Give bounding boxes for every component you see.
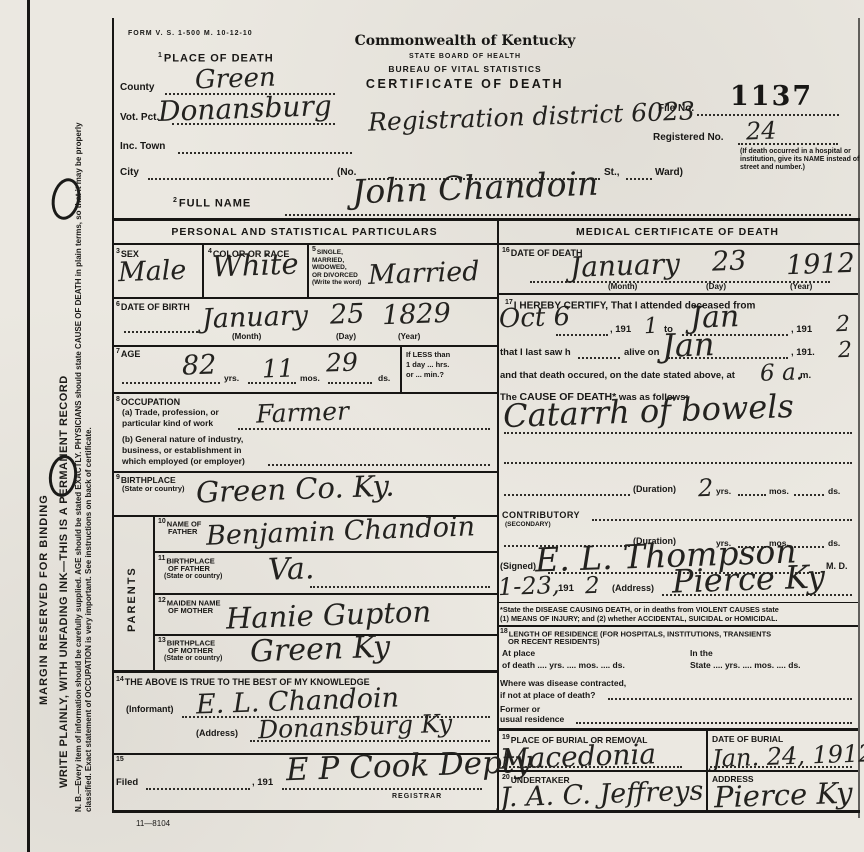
item-number: 16 xyxy=(502,247,510,254)
cause-blank-line xyxy=(504,462,852,464)
registered-no-value: 24 xyxy=(746,116,778,145)
dob-label: DATE OF BIRTH xyxy=(121,302,190,312)
physician-address-label: (Address) xyxy=(612,583,654,593)
hospital-note: (If death occurred in a hospital or inst… xyxy=(740,148,860,172)
filed-year-prefix: , 191 xyxy=(252,777,273,788)
item-number: 18 xyxy=(500,628,508,635)
yrs-label: yrs. xyxy=(224,373,239,383)
ds-label: ds. xyxy=(828,538,840,548)
age-months-value: 11 xyxy=(262,353,295,383)
cell-divider xyxy=(202,245,204,297)
in-state-blanks: State .... yrs. .... mos. .... ds. xyxy=(690,660,801,670)
occupation-b-line1: (b) General nature of industry, xyxy=(122,434,243,444)
birthplace-sublabel: (State or country) xyxy=(122,484,185,493)
item-number: 2 xyxy=(173,197,178,204)
row-rule-heavy xyxy=(112,670,497,673)
city-ward-label: Ward) xyxy=(655,167,683,178)
item-number: 6 xyxy=(116,301,120,308)
binding-rule-line xyxy=(27,0,30,852)
mother-birthplace-value: Green Ky xyxy=(249,630,390,670)
margin-binding-note: MARGIN RESERVED FOR BINDING xyxy=(38,494,50,705)
registered-no-label: Registered No. xyxy=(653,132,724,143)
age-heading: 7AGE xyxy=(116,348,140,359)
mother-birthplace-sublabel: (State or country) xyxy=(164,655,222,662)
father-birthplace-value: Va. xyxy=(267,551,315,588)
year-prefix: , 191 xyxy=(791,324,812,335)
residence-rule xyxy=(497,625,858,627)
cell-divider xyxy=(307,245,309,297)
undertaker-rule xyxy=(497,770,858,772)
burial-date-blank xyxy=(710,766,852,768)
contributory-label: CONTRIBUTORY xyxy=(502,510,580,520)
marital-label-line: SINGLE, xyxy=(317,249,343,256)
margin-write-plainly-note: WRITE PLAINLY, WITH UNFADING INK—THIS IS… xyxy=(58,375,70,788)
duration2-blank-line xyxy=(794,546,824,548)
cause-blank-line xyxy=(504,432,852,434)
where-contracted-line1: Where was disease contracted, xyxy=(500,678,626,688)
occupation-b-line3: which employed (or employer) xyxy=(122,456,245,466)
cause-footnote-line2: (1) MEANS OF INJURY; and (2) whether ACC… xyxy=(500,614,778,623)
last-saw-blank xyxy=(578,357,620,359)
sex-value: Male xyxy=(117,255,186,288)
md-label: M. D. xyxy=(826,561,848,571)
mother-maiden-label2: OF MOTHER xyxy=(168,606,213,615)
signed-label: (Signed) xyxy=(500,561,536,571)
form-left-border xyxy=(112,18,114,812)
age-label: AGE xyxy=(121,349,141,359)
city-st-label: St., xyxy=(604,167,620,178)
yrs-label: yrs. xyxy=(716,486,731,496)
birthplace-value: Green Co. Ky. xyxy=(195,469,394,510)
county-label: County xyxy=(120,82,154,93)
undertaker-value: J. A. C. Jeffreys xyxy=(500,775,704,813)
marital-heading: 5SINGLE, MARRIED, WIDOWED, OR DIVORCED (… xyxy=(312,246,361,287)
precinct-value: Donansburg xyxy=(157,89,332,128)
occupation-a-line2: particular kind of work xyxy=(122,418,213,428)
row-rule xyxy=(112,345,497,347)
occupation-label: OCCUPATION xyxy=(121,397,180,407)
former-residence-blank xyxy=(576,722,852,724)
file-no-value: 1137 xyxy=(730,81,813,112)
father-name-value: Benjamin Chandoin xyxy=(206,511,476,551)
at-place-blanks: of death .... yrs. .... mos. .... ds. xyxy=(502,660,625,670)
day-sublabel: (Day) xyxy=(706,282,726,291)
registrar-signature-value: E P Cook Depty xyxy=(285,744,532,789)
age-blank-line xyxy=(328,382,372,384)
father-birthplace-blank-line xyxy=(310,586,490,588)
marital-label-line: MARRIED, xyxy=(312,257,344,264)
year-sublabel: (Year) xyxy=(790,282,812,291)
bureau-subtitle: BUREAU OF VITAL STATISTICS xyxy=(340,64,590,74)
personal-section-title: PERSONAL AND STATISTICAL PARTICULARS xyxy=(112,226,497,238)
filed-label: Filed xyxy=(116,777,138,788)
year-prefix: , 191. xyxy=(791,347,815,358)
contributory-blank-line xyxy=(592,519,852,521)
signed-year-value: 2 xyxy=(585,573,601,599)
year-prefix: , 191 xyxy=(610,324,631,335)
cause-duration-years-value: 2 xyxy=(698,474,714,503)
mother-birthplace-label2: OF MOTHER xyxy=(168,646,213,655)
print-shop-code: 11—8104 xyxy=(136,819,170,828)
signed-year-prefix: 191 xyxy=(558,583,574,594)
physician-address-value: Pierce Ky xyxy=(671,557,825,600)
registrar-label: REGISTRAR xyxy=(392,793,442,800)
registrar-signature-line xyxy=(282,788,482,790)
right-edge-line xyxy=(858,18,860,818)
item-number: 3 xyxy=(116,248,120,255)
dob-heading: 6DATE OF BIRTH xyxy=(116,301,190,312)
duration-label: (Duration) xyxy=(633,484,676,494)
section-top-rule xyxy=(112,218,860,221)
alive-on-label: alive on xyxy=(624,347,659,358)
duration-blank-line xyxy=(504,494,630,496)
informant-label: (Informant) xyxy=(126,704,174,714)
row-rule xyxy=(153,593,497,595)
occupation-blank-line xyxy=(238,428,490,430)
parents-group-label: PARENTS xyxy=(126,566,138,632)
medical-section-title: MEDICAL CERTIFICATE OF DEATH xyxy=(497,226,858,238)
attended-from-value: Oct 6 xyxy=(498,302,570,334)
full-name-value: John Chandoin xyxy=(351,164,599,212)
mos-label: mos. xyxy=(300,373,320,383)
item-number: 9 xyxy=(116,474,120,481)
less-note-line: 1 day ... hrs. xyxy=(406,360,449,369)
item-number: 8 xyxy=(116,396,120,403)
occupation-b-line2: business, or establishment in xyxy=(122,445,242,455)
death-occurred-label: and that death occured, on the date stat… xyxy=(500,370,735,381)
m-label: m. xyxy=(800,370,811,381)
less-note-line: If LESS than xyxy=(406,350,450,359)
dob-blank-line xyxy=(124,331,198,333)
file-no-label: File No. xyxy=(658,103,694,114)
year-sublabel: (Year) xyxy=(398,332,420,341)
at-place-label: At place xyxy=(502,648,535,658)
item-number: 14 xyxy=(116,676,124,683)
where-contracted-blank xyxy=(608,698,852,700)
last-saw-label: that I last saw h xyxy=(500,347,571,358)
full-name-heading: 2FULL NAME xyxy=(173,197,251,210)
former-residence-line2: usual residence xyxy=(500,714,564,724)
item-number: 10 xyxy=(158,518,166,525)
marital-label-line: (Write the word) xyxy=(312,279,361,286)
less-note-line: or ... min.? xyxy=(406,370,444,379)
item-number: 11 xyxy=(158,555,165,562)
cause-footnote-line1: *State the DISEASE CAUSING DEATH, or in … xyxy=(500,605,779,614)
form-bottom-border xyxy=(112,810,860,813)
age-blank-line xyxy=(248,382,296,384)
item-number: 20 xyxy=(502,774,510,781)
dod-month-value: January xyxy=(569,247,680,284)
dob-month-value: January xyxy=(201,300,308,335)
state-board-subtitle: STATE BOARD OF HEALTH xyxy=(340,53,590,60)
father-birthplace-label2: OF FATHER xyxy=(168,564,210,573)
month-sublabel: (Month) xyxy=(608,282,637,291)
margin-nb-instructions: N. B.—Every item of information should b… xyxy=(74,86,93,812)
residence-label2: OR RECENT RESIDENTS) xyxy=(508,637,600,646)
section-bottom-rule xyxy=(112,243,860,245)
city-label: City xyxy=(120,167,139,178)
month-sublabel: (Month) xyxy=(232,332,261,341)
filed-blank-line xyxy=(146,788,250,790)
registration-district-value: Registration district 6023 xyxy=(368,96,696,136)
in-state-label: In the xyxy=(690,648,713,658)
occupation-blank-line xyxy=(268,464,490,466)
row-rule xyxy=(153,551,497,553)
mother-maiden-value: Hanie Gupton xyxy=(225,594,431,635)
footnote-rule xyxy=(497,602,858,603)
marital-value: Married xyxy=(367,256,479,291)
item-number: 1 xyxy=(158,52,163,59)
last-seen-year-value: 2 xyxy=(838,338,853,363)
dod-year-value: 1912 xyxy=(785,248,855,281)
day-sublabel: (Day) xyxy=(336,332,356,341)
signed-date-value: 1-23, xyxy=(498,571,560,601)
row-rule xyxy=(112,392,497,394)
duration-blank-line xyxy=(738,494,766,496)
attended-from-year-value: 1 xyxy=(644,314,659,339)
occupation-value: Farmer xyxy=(256,396,350,428)
undertaker-address-value: Pierce Ky xyxy=(713,776,853,815)
duration-blank-line xyxy=(794,494,824,496)
dob-day-value: 25 xyxy=(329,298,364,330)
item-number: 13 xyxy=(158,637,166,644)
item-number: 12 xyxy=(158,597,166,604)
former-residence-line1: Former or xyxy=(500,704,540,714)
age-blank-line xyxy=(122,382,220,384)
file-no-blank-line xyxy=(697,114,839,116)
secondary-sublabel: (SECONDARY) xyxy=(505,521,551,528)
inc-town-blank-line xyxy=(178,152,352,154)
full-name-blank-line xyxy=(285,214,851,216)
item-number: 5 xyxy=(312,246,316,253)
death-time-value: 6 a. xyxy=(760,359,804,386)
father-name-label2: FATHER xyxy=(168,527,197,536)
filed-item-number: 15 xyxy=(116,756,124,763)
occupation-a-line1: (a) Trade, profession, or xyxy=(122,407,219,417)
city-blank-line xyxy=(148,178,333,180)
where-contracted-line2: if not at place of death? xyxy=(500,690,595,700)
attended-to-year-value: 2 xyxy=(836,312,851,337)
dob-year-value: 1829 xyxy=(381,298,451,331)
ds-label: ds. xyxy=(828,486,840,496)
age-days-value: 29 xyxy=(326,347,359,377)
color-value: White xyxy=(211,246,299,283)
death-certificate-scan: MARGIN RESERVED FOR BINDING WRITE PLAINL… xyxy=(0,0,864,852)
marital-label-line: WIDOWED, xyxy=(312,264,347,271)
item-number: 7 xyxy=(116,348,120,355)
less-than-one-day-note: If LESS than 1 day ... hrs. or ... min.? xyxy=(406,350,450,380)
commonwealth-title: Commonwealth of Kentucky xyxy=(340,33,590,49)
precinct-label: Vot. Pct. xyxy=(120,112,159,123)
marital-label-line: OR DIVORCED xyxy=(312,272,358,279)
inc-town-label: Inc. Town xyxy=(120,141,165,152)
form-code: FORM V. S. 1-500 M. 10-12-10 xyxy=(128,30,253,37)
certificate-title: CERTIFICATE OF DEATH xyxy=(340,77,590,91)
cell-divider xyxy=(400,345,402,392)
city-ward-blank-line xyxy=(626,178,652,180)
row-rule xyxy=(497,293,858,295)
full-name-label: FULL NAME xyxy=(179,198,251,210)
occupation-heading: 8OCCUPATION xyxy=(116,396,180,407)
burial-place-blank xyxy=(502,766,682,768)
item-number: 19 xyxy=(502,734,510,741)
ds-label: ds. xyxy=(378,373,390,383)
attended-from-blank xyxy=(556,334,608,336)
burial-rule xyxy=(497,728,858,731)
dod-day-value: 23 xyxy=(711,245,746,277)
father-birthplace-sublabel: (State or country) xyxy=(164,573,222,580)
last-seen-blank xyxy=(668,357,788,359)
informant-address-label: (Address) xyxy=(196,728,238,738)
mos-label: mos. xyxy=(769,486,789,496)
age-years-value: 82 xyxy=(181,349,216,381)
